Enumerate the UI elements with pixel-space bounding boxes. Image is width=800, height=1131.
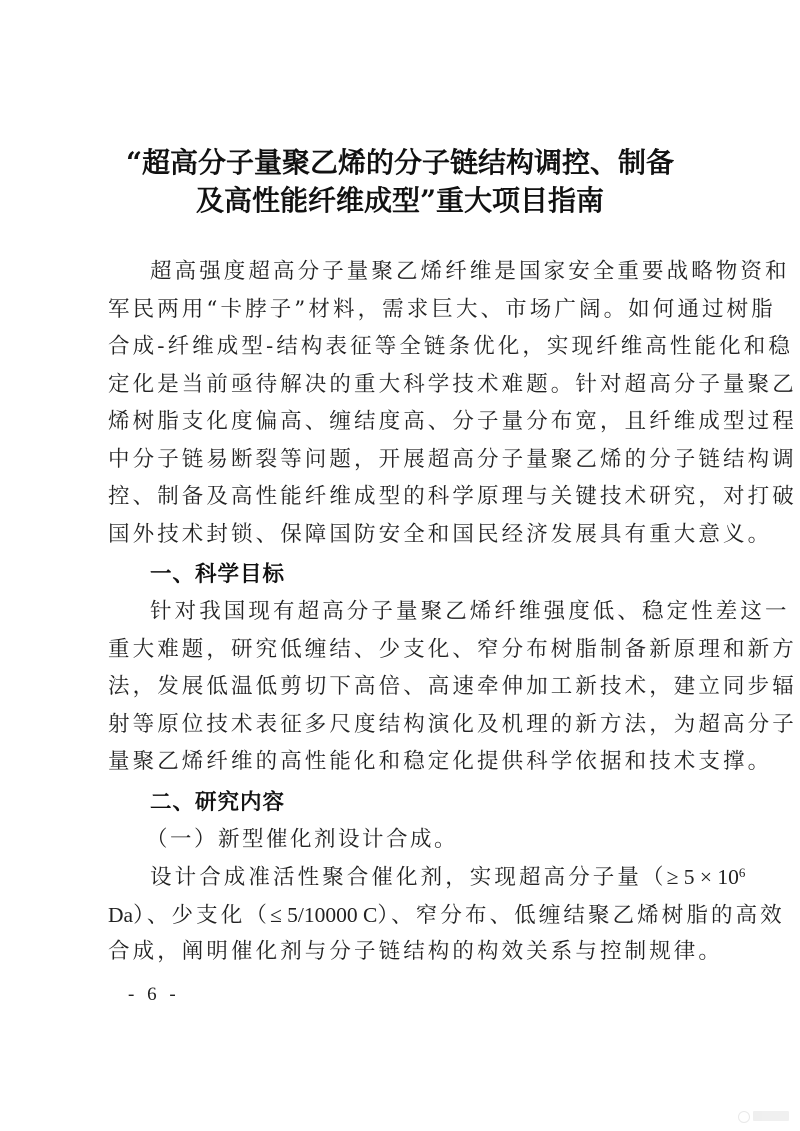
paragraph-line: 射等原位技术表征多尺度结构演化及机理的新方法，为超高分子 xyxy=(108,710,728,740)
page-number: - 6 - xyxy=(128,982,180,1008)
paragraph-text: 设计合成准活性聚合催化剂，实现超高分子量（ xyxy=(150,865,667,890)
paragraph-line: 合成，阐明催化剂与分子链结构的构效关系与控制规律。 xyxy=(108,937,728,967)
section-heading-scientific-goals: 一、科学目标 xyxy=(150,560,285,590)
paragraph-line: 中分子链易断裂等问题，开展超高分子量聚乙烯的分子链结构调 xyxy=(108,445,728,475)
paragraph-line: 合成-纤维成型-结构表征等全链条优化，实现纤维高性能化和稳 xyxy=(108,332,728,362)
formula-exponent: 6 xyxy=(739,865,746,880)
paragraph-line: Da）、少支化（≤ 5/10000 C）、窄分布、低缠结聚乙烯树脂的高效 xyxy=(108,900,728,931)
watermark-logo xyxy=(738,1110,790,1124)
paragraph-line: 控、制备及高性能纤维成型的科学原理与关键技术研究，对打破 xyxy=(108,482,728,512)
paragraph-line: 设计合成准活性聚合催化剂，实现超高分子量（≥ 5 × 106 xyxy=(150,862,770,893)
paragraph-line: 国外技术封锁、保障国防安全和国民经济发展具有重大意义。 xyxy=(108,520,728,550)
paragraph-line: 重大难题，研究低缠结、少支化、窄分布树脂制备新原理和新方 xyxy=(108,635,728,665)
document-title-line-2: 及高性能纤维成型”重大项目指南 xyxy=(0,182,800,220)
formula-base: ≥ 5 × 10 xyxy=(667,865,739,889)
paragraph-line: 烯树脂支化度偏高、缠结度高、分子量分布宽，且纤维成型过程 xyxy=(108,407,728,437)
branching-formula: ≤ 5/10000 C xyxy=(270,903,377,927)
paragraph-line: 军民两用“卡脖子”材料，需求巨大、市场广阔。如何通过树脂 xyxy=(108,295,728,325)
document-page: “超高分子量聚乙烯的分子链结构调控、制备 及高性能纤维成型”重大项目指南 超高强… xyxy=(0,0,800,1131)
paragraph-line: 定化是当前亟待解决的重大科学技术难题。针对超高分子量聚乙 xyxy=(108,370,728,400)
section-heading-research-content: 二、研究内容 xyxy=(150,788,285,818)
paragraph-text: ）、少支化（ xyxy=(133,903,270,928)
paragraph-line: 法，发展低温低剪切下高倍、高速牵伸加工新技术，建立同步辐 xyxy=(108,672,728,702)
watermark-icon xyxy=(738,1111,750,1123)
document-title-line-1: “超高分子量聚乙烯的分子链结构调控、制备 xyxy=(0,144,800,182)
subsection-heading-catalyst: （一）新型催化剂设计合成。 xyxy=(146,825,458,855)
paragraph-line: 针对我国现有超高分子量聚乙烯纤维强度低、稳定性差这一 xyxy=(150,597,770,627)
paragraph-line: 超高强度超高分子量聚乙烯纤维是国家安全重要战略物资和 xyxy=(150,257,770,287)
watermark-text-block xyxy=(753,1111,789,1121)
molecular-weight-formula: ≥ 5 × 106 xyxy=(667,865,746,889)
paragraph-text: ）、窄分布、低缠结聚乙烯树脂的高效 xyxy=(377,903,784,928)
paragraph-line: 量聚乙烯纤维的高性能化和稳定化提供科学依据和技术支撑。 xyxy=(108,747,728,777)
unit-da: Da xyxy=(108,903,133,927)
